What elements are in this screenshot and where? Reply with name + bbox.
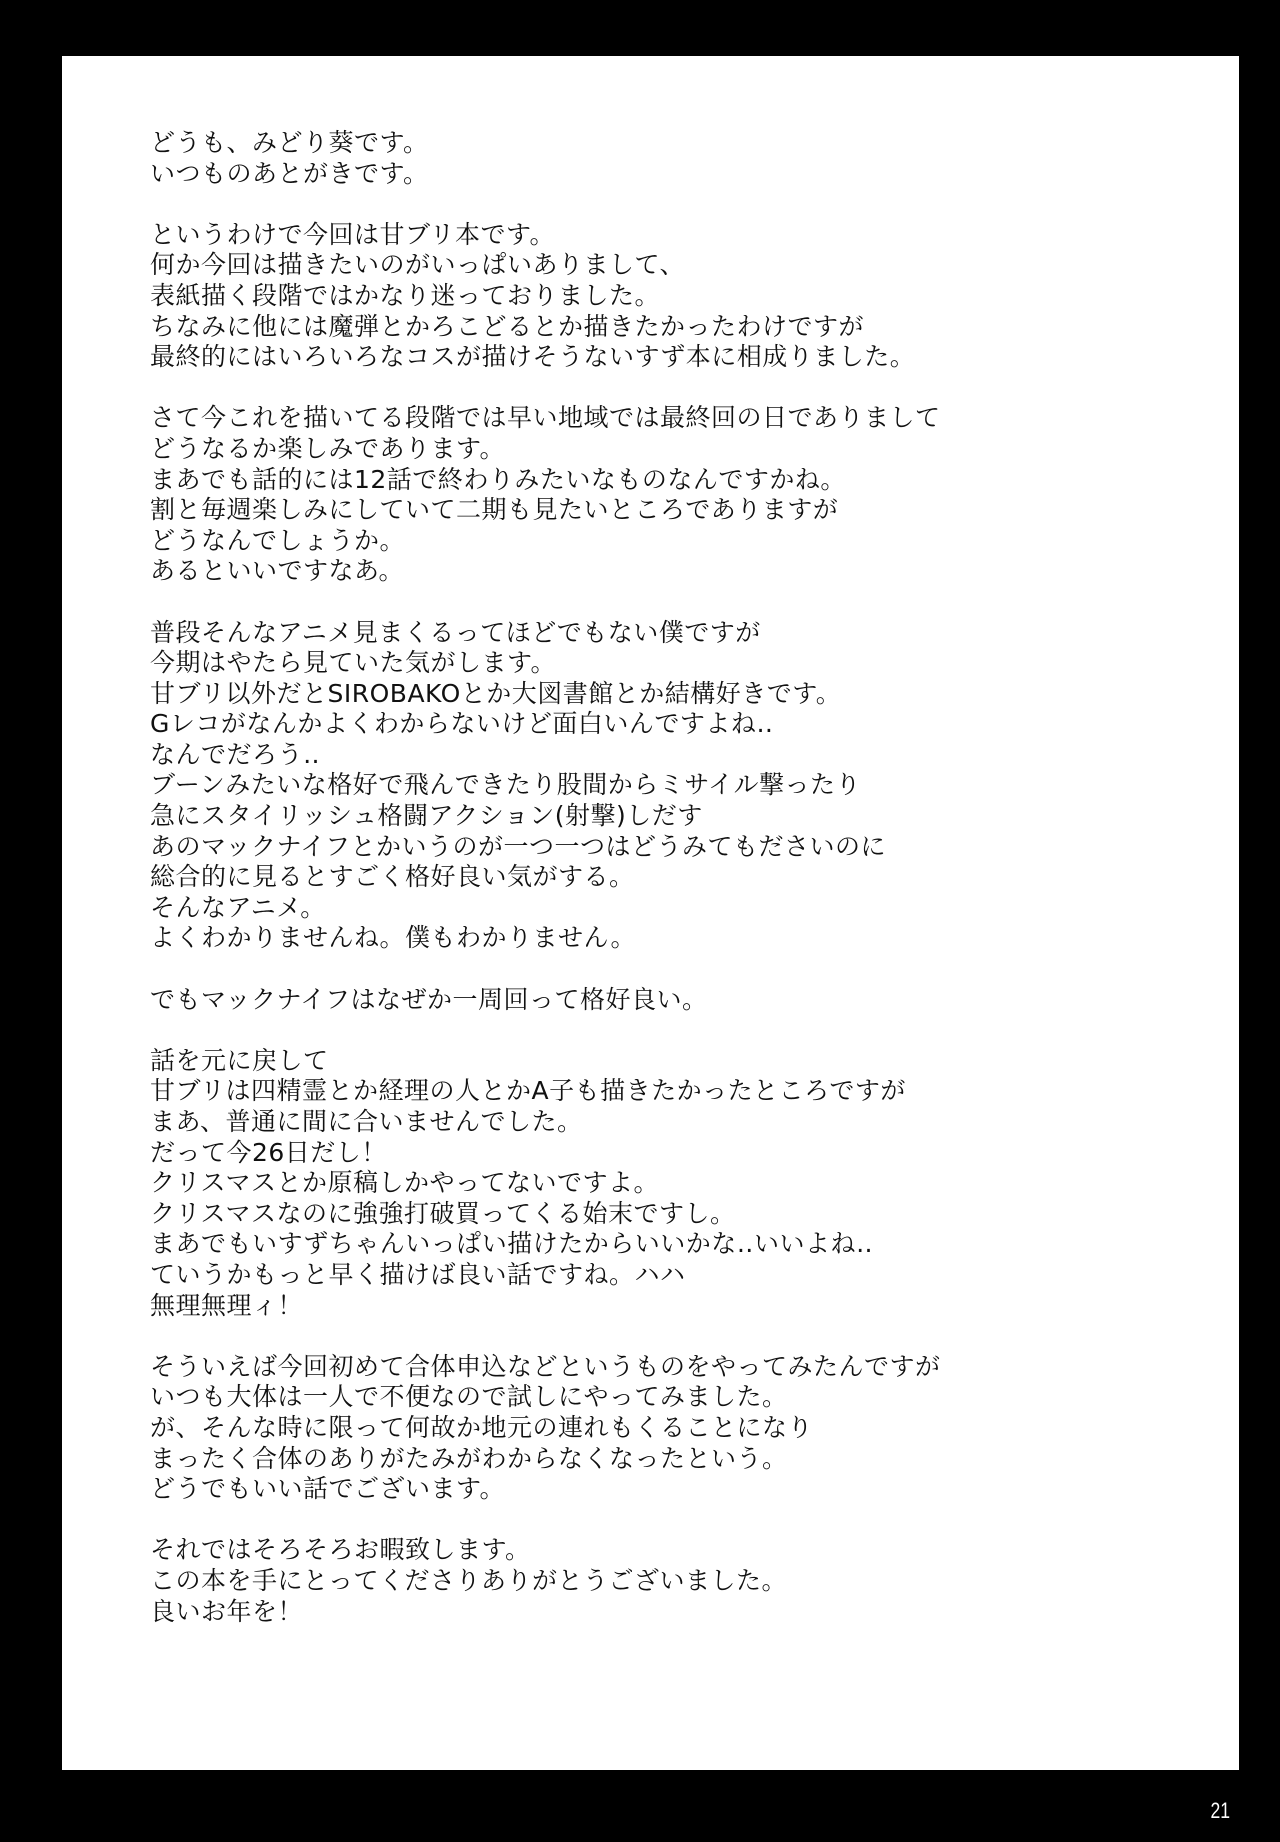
text-line: 良いお年を！ [150,1597,1210,1628]
text-line: 最終的にはいろいろなコスが描けそうないすず本に相成りました。 [150,342,1210,373]
text-line: どうなるか楽しみであります。 [150,434,1210,465]
text-line: さて今これを描いてる段階では早い地域では最終回の日でありまして [150,403,1210,434]
text-line: 無理無理ィ！ [150,1291,1210,1322]
text-line: まあでもいすずちゃんいっぱい描けたからいいかな‥いいよね‥ [150,1229,1210,1260]
text-line: それではそろそろお暇致します。 [150,1535,1210,1566]
text-line: この本を手にとってくださりありがとうございました。 [150,1566,1210,1597]
text-line: いつも大体は一人で不便なので試しにやってみました。 [150,1382,1210,1413]
text-line: 割と毎週楽しみにしていて二期も見たいところでありますが [150,495,1210,526]
text-line [150,1015,1210,1046]
text-line: あるといいですなあ。 [150,556,1210,587]
text-line [150,373,1210,404]
page-number: 21 [1210,1798,1230,1824]
text-line: あのマックナイフとかいうのが一つ一つはどうみてもださいのに [150,832,1210,863]
text-line [150,954,1210,985]
text-line: ていうかもっと早く描けば良い話ですね。ハハ [150,1260,1210,1291]
text-line [150,1505,1210,1536]
text-line: というわけで今回は甘ブリ本です。 [150,220,1210,251]
text-line: 急にスタイリッシュ格闘アクション(射撃)しだす [150,801,1210,832]
text-line: クリスマスなのに強強打破買ってくる始末ですし。 [150,1199,1210,1230]
text-line: どうでもいい話でございます。 [150,1474,1210,1505]
text-line: どうなんでしょうか。 [150,526,1210,557]
text-line: 総合的に見るとすごく格好良い気がする。 [150,862,1210,893]
text-line: どうも、みどり葵です。 [150,128,1210,159]
text-line: まったく合体のありがたみがわからなくなったという。 [150,1444,1210,1475]
afterword-text: どうも、みどり葵です。いつものあとがきです。というわけで今回は甘ブリ本です。何か… [150,128,1210,1627]
text-line: 何か今回は描きたいのがいっぱいありまして、 [150,250,1210,281]
text-line: ブーンみたいな格好で飛んできたり股間からミサイル撃ったり [150,770,1210,801]
text-line: が、そんな時に限って何故か地元の連れもくることになり [150,1413,1210,1444]
text-line: 表紙描く段階ではかなり迷っておりました。 [150,281,1210,312]
text-line: ちなみに他には魔弾とかろこどるとか描きたかったわけですが [150,312,1210,343]
text-line: 話を元に戻して [150,1046,1210,1077]
text-line: 甘ブリ以外だとSIROBAKOとか大図書館とか結構好きです。 [150,679,1210,710]
text-line: だって今26日だし！ [150,1138,1210,1169]
text-line [150,587,1210,618]
text-line [150,1321,1210,1352]
text-line: クリスマスとか原稿しかやってないですよ。 [150,1168,1210,1199]
text-line: よくわかりませんね。僕もわかりません。 [150,923,1210,954]
text-line: いつものあとがきです。 [150,159,1210,190]
text-line: Gレコがなんかよくわからないけど面白いんですよね‥ [150,709,1210,740]
text-line: まあ、普通に間に合いませんでした。 [150,1107,1210,1138]
text-line: でもマックナイフはなぜか一周回って格好良い。 [150,985,1210,1016]
text-line: まあでも話的には12話で終わりみたいなものなんですかね。 [150,465,1210,496]
text-line: 今期はやたら見ていた気がします。 [150,648,1210,679]
text-line: そういえば今回初めて合体申込などというものをやってみたんですが [150,1352,1210,1383]
text-line [150,189,1210,220]
document-page: どうも、みどり葵です。いつものあとがきです。というわけで今回は甘ブリ本です。何か… [62,56,1239,1770]
text-line: なんでだろう‥ [150,740,1210,771]
text-line: 普段そんなアニメ見まくるってほどでもない僕ですが [150,618,1210,649]
text-line: そんなアニメ。 [150,893,1210,924]
text-line: 甘ブリは四精霊とか経理の人とかA子も描きたかったところですが [150,1076,1210,1107]
